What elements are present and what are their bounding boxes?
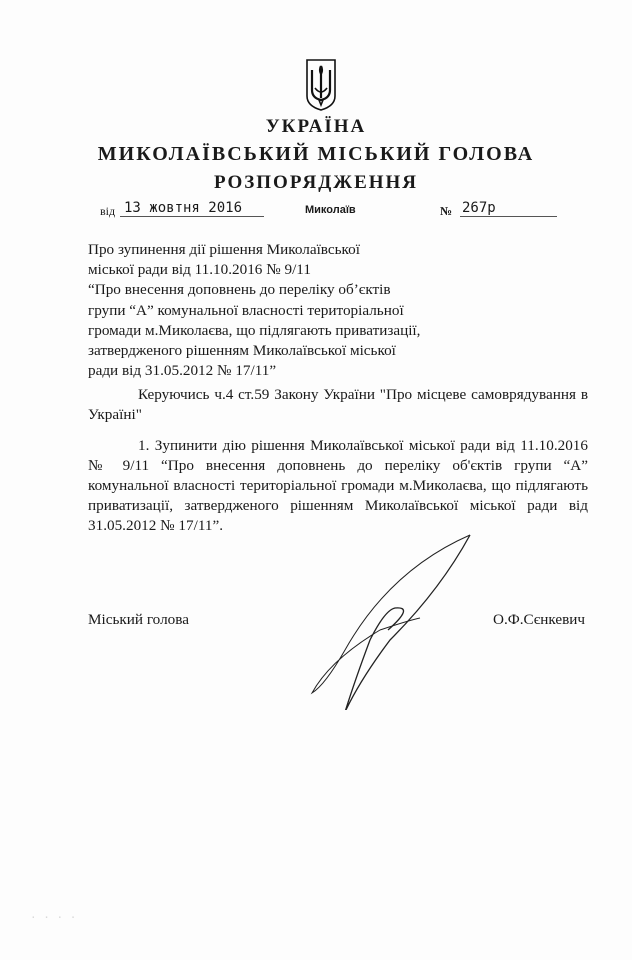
handwritten-signature-icon xyxy=(270,530,530,710)
country-title: УКРАЇНА xyxy=(0,116,632,138)
number-label: № xyxy=(440,204,452,219)
order-item-1: 1. Зупинити дію рішення Миколаївської мі… xyxy=(88,436,588,536)
subject-line: ради від 31.05.2012 № 17/11” xyxy=(88,361,428,381)
document-type-title: РОЗПОРЯДЖЕННЯ xyxy=(0,172,632,194)
document-date: 13 жовтня 2016 xyxy=(120,200,264,217)
legal-basis-paragraph: Керуючись ч.4 ст.59 Закону України "Про … xyxy=(88,385,588,425)
document-city: Миколаїв xyxy=(305,204,356,216)
date-label: від xyxy=(100,204,115,219)
authority-title: МИКОЛАЇВСЬКИЙ МІСЬКИЙ ГОЛОВА xyxy=(0,143,632,166)
signatory-position: Міський голова xyxy=(88,611,189,629)
subject-line: міської ради від 11.10.2016 № 9/11 xyxy=(88,260,428,280)
subject-line: громади м.Миколаєва, що підлягають прива… xyxy=(88,321,428,341)
subject-line: Про зупинення дії рішення Миколаївської xyxy=(88,240,428,260)
document-subject: Про зупинення дії рішення Миколаївської … xyxy=(88,240,428,381)
document-number: 267р xyxy=(460,200,557,217)
subject-line: групи “А” комунальної власності територі… xyxy=(88,301,428,321)
faint-stamp-mark: · · · · xyxy=(30,908,100,926)
svg-text:· · · ·: · · · · xyxy=(30,911,76,924)
subject-line: “Про внесення доповнень до переліку об’є… xyxy=(88,280,428,300)
trident-coat-of-arms-icon xyxy=(305,58,337,112)
subject-line: затвердженого рішенням Миколаївської міс… xyxy=(88,341,428,361)
document-meta-row: від 13 жовтня 2016 Миколаїв № 267р xyxy=(100,200,560,222)
